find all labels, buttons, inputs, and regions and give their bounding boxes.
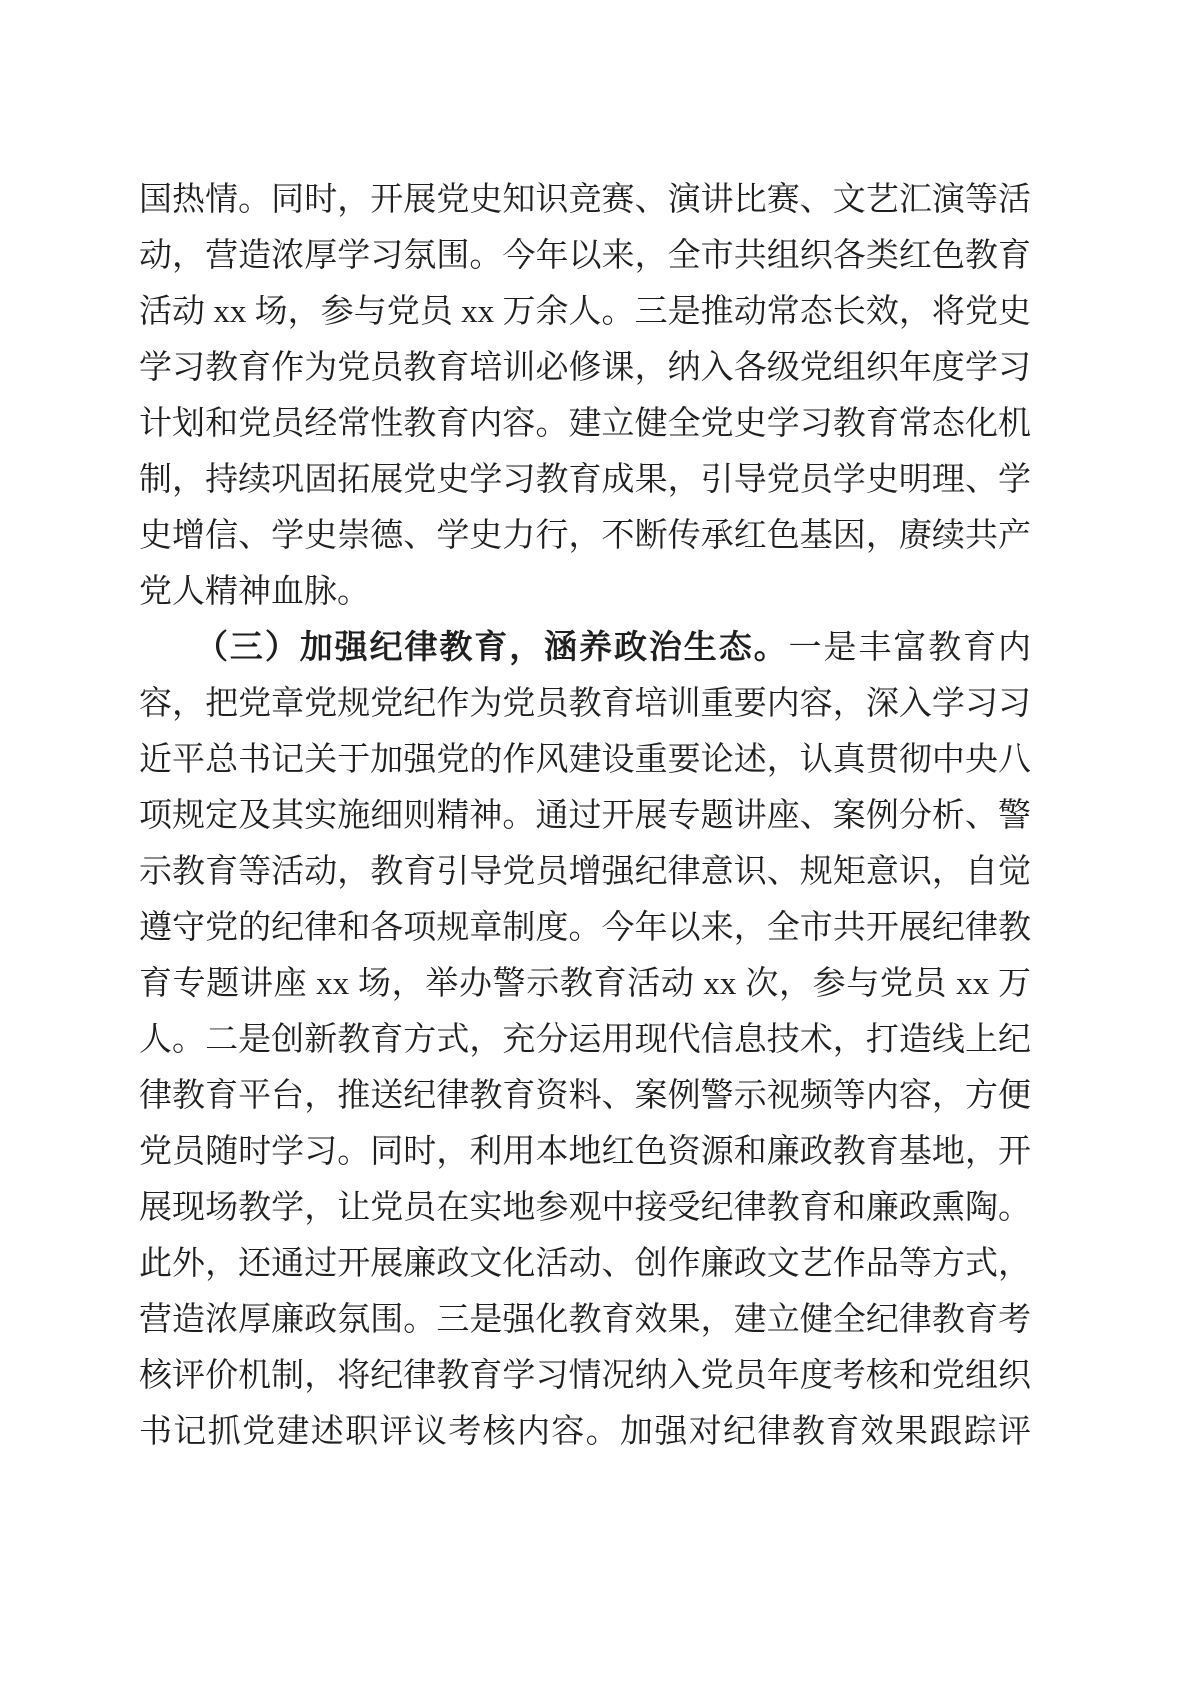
text-line: 容，把党章党规党纪作为党员教育培训重要内容，深入学习习 xyxy=(139,676,1031,732)
text-line: 史增信、学史崇德、学史力行，不断传承红色基因，赓续共产 xyxy=(139,508,1031,564)
paragraph-end-line: 党人精神血脉。 xyxy=(139,564,1031,620)
text-line: 党员随时学习。同时，利用本地红色资源和廉政教育基地，开 xyxy=(139,1124,1031,1180)
text-line: 国热情。同时，开展党史知识竞赛、演讲比赛、文艺汇演等活 xyxy=(139,172,1031,228)
section-heading: （三）加强纪律教育，涵养政治生态。 xyxy=(195,630,789,666)
text-line: 人。二是创新教育方式，充分运用现代信息技术，打造线上纪 xyxy=(139,1012,1031,1068)
document-page: 国热情。同时，开展党史知识竞赛、演讲比赛、文艺汇演等活 动，营造浓厚学习氛围。今… xyxy=(0,0,1190,1683)
text-line: 近平总书记关于加强党的作风建设重要论述，认真贯彻中央八 xyxy=(139,732,1031,788)
section-heading-line: （三）加强纪律教育，涵养政治生态。一是丰富教育内 xyxy=(139,620,1031,676)
text-line: 计划和党员经常性教育内容。建立健全党史学习教育常态化机 xyxy=(139,396,1031,452)
text-line: 活动 xx 场，参与党员 xx 万余人。三是推动常态长效，将党史 xyxy=(139,284,1031,340)
text-line: 核评价机制，将纪律教育学习情况纳入党员年度考核和党组织 xyxy=(139,1348,1031,1404)
text-line: 书记抓党建述职评议考核内容。加强对纪律教育效果跟踪评 xyxy=(139,1404,1031,1460)
text-line: 展现场教学，让党员在实地参观中接受纪律教育和廉政熏陶。 xyxy=(139,1180,1031,1236)
text-line: 示教育等活动，教育引导党员增强纪律意识、规矩意识，自觉 xyxy=(139,844,1031,900)
document-body-text: 国热情。同时，开展党史知识竞赛、演讲比赛、文艺汇演等活 动，营造浓厚学习氛围。今… xyxy=(139,172,1031,1460)
text-line: 育专题讲座 xx 场，举办警示教育活动 xx 次，参与党员 xx 万余 xyxy=(139,956,1031,1012)
text-line: 此外，还通过开展廉政文化活动、创作廉政文艺作品等方式， xyxy=(139,1236,1031,1292)
text-line: 项规定及其实施细则精神。通过开展专题讲座、案例分析、警 xyxy=(139,788,1031,844)
text-line: 动，营造浓厚学习氛围。今年以来，全市共组织各类红色教育 xyxy=(139,228,1031,284)
heading-line-rest: 一是丰富教育内 xyxy=(789,630,1031,666)
text-line: 律教育平台，推送纪律教育资料、案例警示视频等内容，方便 xyxy=(139,1068,1031,1124)
text-line: 营造浓厚廉政氛围。三是强化教育效果，建立健全纪律教育考 xyxy=(139,1292,1031,1348)
text-line: 遵守党的纪律和各项规章制度。今年以来，全市共开展纪律教 xyxy=(139,900,1031,956)
text-line: 学习教育作为党员教育培训必修课，纳入各级党组织年度学习 xyxy=(139,340,1031,396)
text-line: 制，持续巩固拓展党史学习教育成果，引导党员学史明理、学 xyxy=(139,452,1031,508)
